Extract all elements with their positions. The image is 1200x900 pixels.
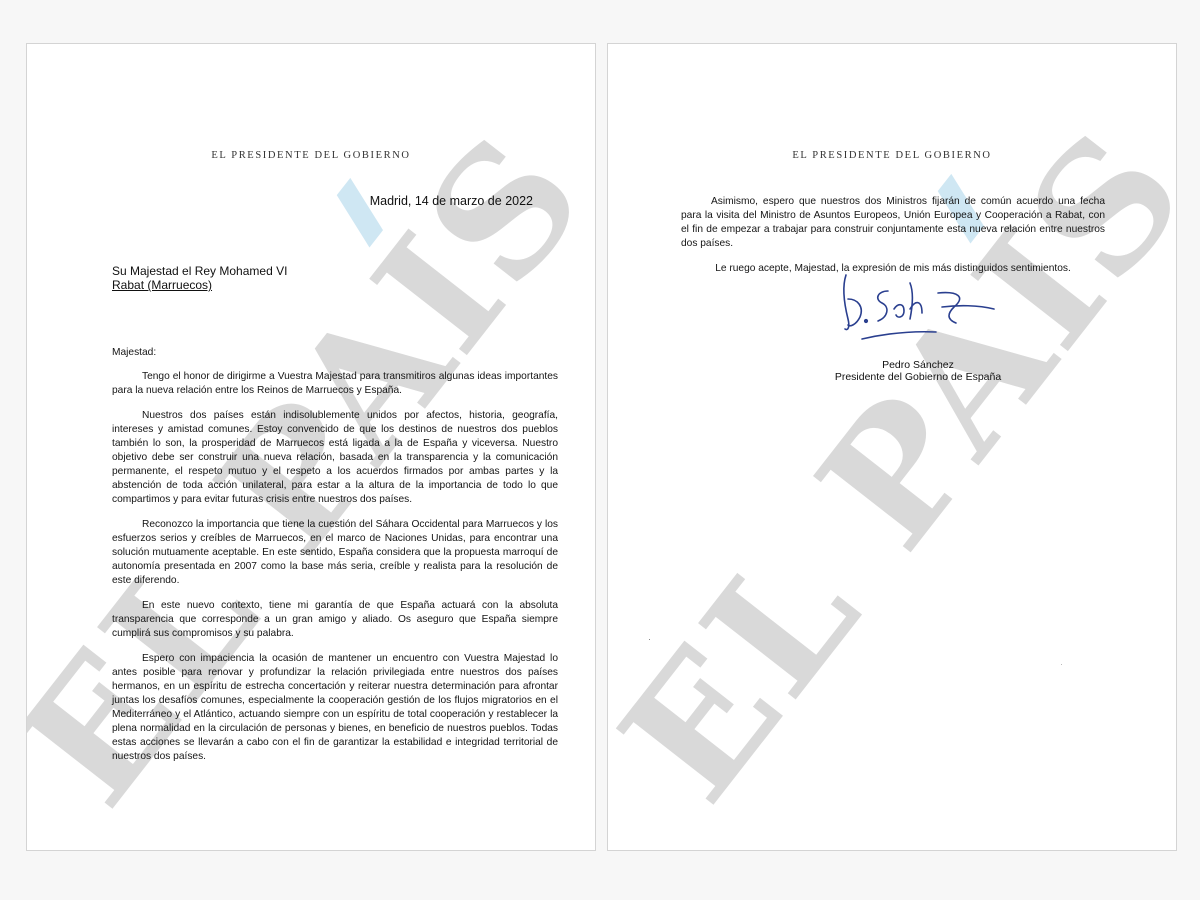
- paragraph: Espero con impaciencia la ocasión de man…: [112, 652, 558, 763]
- salutation: Majestad:: [112, 346, 558, 360]
- paragraph: Reconozco la importancia que tiene la cu…: [112, 518, 558, 588]
- paragraph: Tengo el honor de dirigirme a Vuestra Ma…: [112, 370, 558, 398]
- scan-speck: [1061, 664, 1062, 665]
- handwritten-signature-icon: [818, 269, 1018, 359]
- letter-date: Madrid, 14 de marzo de 2022: [370, 194, 533, 208]
- paragraph: Asimismo, espero que nuestros dos Minist…: [681, 195, 1105, 251]
- signer-name: Pedro Sánchez: [634, 359, 1177, 371]
- signer-title: Presidente del Gobierno de España: [634, 371, 1177, 383]
- signature-block: Pedro Sánchez Presidente del Gobierno de…: [608, 269, 1176, 383]
- addressee-city: Rabat (Marruecos): [112, 278, 287, 292]
- letterhead: EL PRESIDENTE DEL GOBIERNO: [27, 150, 595, 161]
- addressee-name: Su Majestad el Rey Mohamed VI: [112, 264, 287, 278]
- addressee-block: Su Majestad el Rey Mohamed VI Rabat (Mar…: [112, 264, 287, 292]
- letterhead: EL PRESIDENTE DEL GOBIERNO: [608, 150, 1176, 161]
- letter-page-1: EL PAIS EL PRESIDENTE DEL GOBIERNO Madri…: [26, 43, 596, 851]
- letter-page-2: EL PAIS EL PRESIDENTE DEL GOBIERNO Asimi…: [607, 43, 1177, 851]
- letter-body: Majestad: Tengo el honor de dirigirme a …: [112, 346, 558, 775]
- scan-speck: [649, 639, 650, 640]
- paragraph: Nuestros dos países están indisolublemen…: [112, 409, 558, 506]
- paragraph: En este nuevo contexto, tiene mi garantí…: [112, 599, 558, 641]
